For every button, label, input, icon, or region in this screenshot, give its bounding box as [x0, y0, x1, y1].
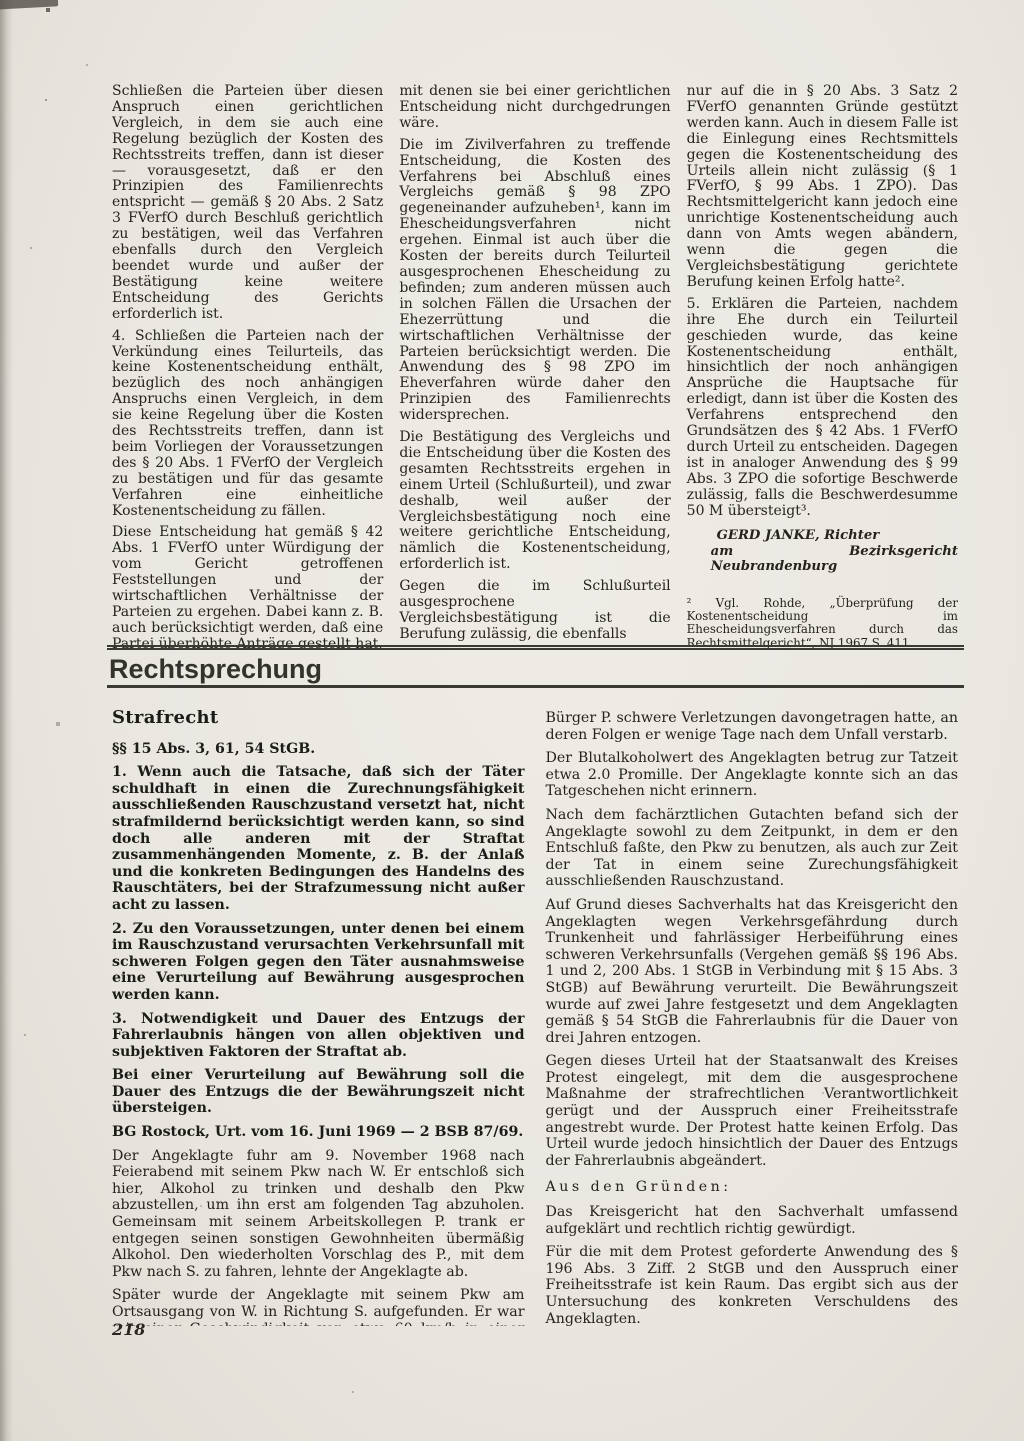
- paragraph: Der Angeklagte fuhr am 9. November 1968 …: [112, 1148, 525, 1281]
- paragraph: Nach dem fachärztlichen Gutachten befand…: [546, 807, 959, 890]
- paragraph: Die im Zivilverfahren zu treffende Entsc…: [399, 138, 670, 424]
- page-edge-shadow: [0, 0, 13, 1441]
- paragraph: Bürger P. schwere Verletzungen davongetr…: [546, 710, 959, 743]
- author-signature: GERD JANKE, Richter am Bezirksgericht Ne…: [687, 528, 958, 575]
- section-bar-rule: Rechtsprechung: [107, 650, 964, 688]
- headnote: Bei einer Verurteilung auf Bewährung sol…: [112, 1067, 525, 1117]
- footnote: ² Vgl. Rohde, „Überprüfung der Kostenent…: [687, 597, 958, 650]
- case-column-left: Strafrecht §§ 15 Abs. 3, 61, 54 StGB. 1.…: [112, 710, 525, 1326]
- paragraph: 5. Erklären die Parteien, nachdem ihre E…: [687, 297, 958, 520]
- paragraph: Für die mit dem Protest geforderte Anwen…: [546, 1244, 959, 1326]
- journal-page: { "page": { "number": "218" }, "section_…: [0, 0, 1024, 1441]
- paragraph: Die Bestätigung des Vergleichs und die E…: [399, 430, 670, 573]
- scan-corner-mark: [0, 0, 58, 10]
- paragraph: mit denen sie bei einer gerichtlichen En…: [399, 84, 670, 132]
- grounds-heading: Aus den Gründen:: [546, 1179, 959, 1196]
- paragraph: Später wurde der Angeklagte mit seinem P…: [112, 1287, 525, 1326]
- paragraph: nur auf die in § 20 Abs. 3 Satz 2 FVerfO…: [687, 84, 958, 291]
- paragraph: Der Blutalkoholwert des Angeklagten betr…: [546, 750, 959, 800]
- case-column-right: Bürger P. schwere Verletzungen davongetr…: [546, 710, 959, 1326]
- headnote: 1. Wenn auch die Tatsache, daß sich der …: [112, 764, 525, 913]
- scan-specks: [0, 0, 2, 2]
- court-reference: BG Rostock, Urt. vom 16. Juni 1969 — 2 B…: [112, 1124, 525, 1141]
- subsection-heading: Strafrecht: [112, 710, 525, 727]
- paragraph: 4. Schließen die Parteien nach der Verkü…: [112, 329, 383, 520]
- headnote: 2. Zu den Voraussetzungen, unter denen b…: [112, 921, 525, 1004]
- page-number: 218: [112, 1320, 145, 1339]
- paragraph: Diese Entscheidung hat gemäß § 42 Abs. 1…: [112, 525, 383, 650]
- paragraph: Das Kreisgericht hat den Sachverhalt umf…: [546, 1204, 959, 1237]
- strafrecht-case: Strafrecht §§ 15 Abs. 3, 61, 54 StGB. 1.…: [112, 710, 958, 1326]
- paragraph: Schließen die Parteien über diesen Anspr…: [112, 84, 383, 323]
- paragraph: Auf Grund dieses Sachverhalts hat das Kr…: [546, 897, 959, 1046]
- familienrecht-article: Schließen die Parteien über diesen Anspr…: [112, 84, 958, 650]
- article-column-2: mit denen sie bei einer gerichtlichen En…: [399, 84, 670, 650]
- author-role: am Bezirksgericht Neubrandenburg: [687, 544, 958, 575]
- article-column-1: Schließen die Parteien über diesen Anspr…: [112, 84, 383, 650]
- headnote: 3. Notwendigkeit und Dauer des Entzugs d…: [112, 1011, 525, 1061]
- article-column-3: nur auf die in § 20 Abs. 3 Satz 2 FVerfO…: [687, 84, 958, 650]
- footnote-block: ² Vgl. Rohde, „Überprüfung der Kostenent…: [687, 597, 958, 650]
- rechtsprechung-section-bar: Rechtsprechung: [107, 645, 964, 688]
- paragraph: Gegen dieses Urteil hat der Staatsanwalt…: [546, 1053, 959, 1169]
- paragraph: Gegen die im Schlußurteil ausgesprochene…: [399, 579, 670, 643]
- author-name: GERD JANKE, Richter: [687, 528, 958, 544]
- section-title: Rechtsprechung: [109, 654, 322, 684]
- statute-reference: §§ 15 Abs. 3, 61, 54 StGB.: [112, 741, 525, 758]
